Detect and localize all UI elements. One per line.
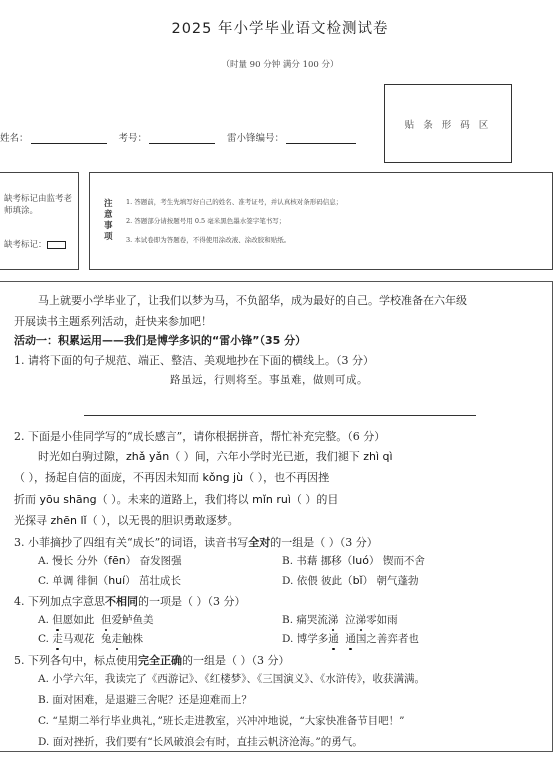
q4-answer-blank[interactable]: 的一项是（ ）（3 分） [138, 595, 246, 608]
absent-note: 缺考标记由监考老师填涂。 [4, 193, 78, 217]
q3-option-a[interactable]: A. 慢长 分外（fēn） 奋发图强 [38, 553, 182, 568]
notice-item: 2. 答题部分请按题号用 0.5 毫米黑色墨水签字笔书写； [126, 216, 285, 225]
notice-box: 注意事项 1. 答题前，考生先填写好自己的姓名、准考证号，并认真核对条形码信息；… [89, 172, 553, 270]
pinyin-zha-yan: zhǎ yǎn [126, 450, 169, 463]
name-label: 姓名： [0, 130, 29, 144]
q1-sentence: 路虽远，行则将至。事虽难，做则可成。 [170, 372, 368, 387]
q5-option-b[interactable]: B. 面对困难，是退避三舍呢？还是迎难而上？ [38, 692, 252, 707]
leixiaofeng-no-field[interactable] [286, 133, 356, 144]
emphasis-dot-char: 但 [101, 612, 112, 627]
q4-option-b[interactable]: B. 痛哭流涕 泣涕零如雨 [282, 612, 398, 627]
emphasis-dot-char: 走 [52, 631, 63, 646]
pinyin-zhi-qi: zhì qì [363, 450, 392, 463]
exam-no-label: 考号： [119, 130, 148, 144]
absent-mark-box: 缺考标记由监考老师填涂。 缺考标记： [0, 172, 79, 270]
q2-line-1: 时光如白驹过隙，zhǎ yǎn（ ）间，六年小学时光已逝，我们褪下 zhì qì [38, 448, 393, 464]
q3-option-b[interactable]: B. 书藉 挪移（luó） 锲而不舍 [282, 553, 425, 568]
q2-stem: 2. 下面是小佳同学写的“成长感言”，请你根据拼音，帮忙补充完整。（6 分） [14, 428, 385, 444]
q2-blank-2[interactable]: （ ），扬起自信的面庞，不再因未知而 [14, 471, 203, 484]
exam-title: 2025 年小学毕业语文检测试卷 [0, 17, 560, 38]
q2-line-3: 折而 yōu shāng（ ）。未来的道路上，我们将以 mǐn ruì（ ）的目 [14, 491, 338, 507]
emphasis-dot-char: 通 [345, 631, 356, 646]
q3-stem: 3. 小菲摘抄了四组有关“成长”的词语，读音书写全对的一组是（ ）（3 分） [14, 534, 378, 550]
q4-emphasis: 不相同 [105, 595, 138, 608]
q1-answer-line[interactable] [84, 415, 476, 416]
q4-option-a[interactable]: A. 但愿如此 但爱鲈鱼美 [38, 612, 153, 627]
emphasis-dot-char: 走 [112, 631, 123, 646]
notice-item: 1. 答题前，考生先填写好自己的姓名、准考证号，并认真核对条形码信息； [126, 197, 342, 206]
absent-mark-label: 缺考标记： [4, 240, 47, 250]
q2-blank-5[interactable]: （ ）的目 [291, 493, 339, 506]
q2-blank-1[interactable]: （ ）间，六年小学时光已逝，我们褪下 [169, 450, 363, 463]
leixiaofeng-no-label: 雷小锋编号： [227, 130, 284, 144]
pinyin-min-rui: mǐn ruì [252, 493, 291, 506]
intro-line-1: 马上就要小学毕业了，让我们以梦为马，不负韶华，成为最好的自己。学校准备在六年级 [38, 292, 467, 308]
barcode-area: 贴 条 形 码 区 [384, 84, 512, 163]
q2-line-4: 光探寻 zhēn lǐ（ ），以无畏的胆识勇敢逐梦。 [14, 512, 239, 528]
q2-line-2: （ ），扬起自信的面庞，不再因未知而 kǒng jù（ ），也不再因挫 [14, 469, 329, 485]
q4-option-d[interactable]: D. 博学多通 通国之善弈者也 [282, 631, 419, 646]
pinyin-zhen-li: zhēn lǐ [51, 514, 87, 527]
q5-emphasis: 完全正确 [138, 654, 182, 667]
q4-stem: 4. 下列加点字意思不相同的一项是（ ）（3 分） [14, 593, 246, 609]
name-field[interactable] [31, 133, 107, 144]
activity-1-title: 活动一：积累运用——我们是博学多识的“雷小锋”（35 分） [14, 332, 306, 348]
absent-mark-checkbox[interactable] [47, 241, 66, 249]
q2-blank-4[interactable]: （ ）。未来的道路上，我们将以 [97, 493, 253, 506]
absent-mark-row: 缺考标记： [4, 238, 66, 250]
q3-answer-blank[interactable]: 的一组是（ ）（3 分） [270, 536, 378, 549]
emphasis-dot-char: 通 [328, 631, 339, 646]
barcode-area-label: 贴 条 形 码 区 [385, 117, 511, 131]
notice-label: 注意事项 [104, 199, 114, 243]
pinyin-kong-ju: kǒng jù [203, 471, 244, 484]
q5-answer-blank[interactable]: 的一组是（ ）（3 分） [182, 654, 290, 667]
emphasis-dot-char: 涕 [356, 612, 367, 627]
q3-option-c[interactable]: C. 单调 徘徊（huí） 茁壮成长 [38, 573, 181, 588]
q5-option-d[interactable]: D. 面对挫折，我们要有“长风破浪会有时，直挂云帆济沧海。”的勇气。 [38, 734, 363, 749]
student-info-row: 姓名： 考号： 雷小锋编号： [0, 130, 368, 144]
exam-subtitle: （时量 90 分钟 满分 100 分） [0, 58, 560, 70]
q4-option-c[interactable]: C. 走马观花 兔走触株 [38, 631, 143, 646]
intro-line-2: 开展读书主题系列活动，赶快来参加吧！ [14, 313, 212, 329]
q5-option-a[interactable]: A. 小学六年，我读完了《西游记》、《红楼梦》、《三国演义》、《水浒传》，收获满… [38, 671, 425, 686]
emphasis-dot-char: 涕 [328, 612, 339, 627]
q1-stem: 1. 请将下面的句子规范、端正、整洁、美观地抄在下面的横线上。（3 分） [14, 352, 374, 368]
q3-option-d[interactable]: D. 依偎 彼此（bǐ） 朝气蓬勃 [282, 573, 418, 588]
exam-no-field[interactable] [149, 133, 215, 144]
emphasis-dot-char: 但 [52, 612, 63, 627]
q3-emphasis: 全对 [248, 536, 270, 549]
q2-blank-6[interactable]: （ ），以无畏的胆识勇敢逐梦。 [87, 514, 239, 527]
notice-item: 3. 本试卷即为答题卷，不得使用涂改液、涂改胶和贴纸。 [126, 235, 290, 244]
q2-blank-3[interactable]: （ ），也不再因挫 [243, 471, 329, 484]
q5-stem: 5. 下列各句中，标点使用完全正确的一组是（ ）（3 分） [14, 652, 290, 668]
pinyin-you-shang: yōu shāng [40, 493, 97, 506]
q5-option-c[interactable]: C. “星期二举行毕业典礼，”班长走进教室，兴冲冲地说，“大家快准备节目吧！” [38, 713, 405, 728]
